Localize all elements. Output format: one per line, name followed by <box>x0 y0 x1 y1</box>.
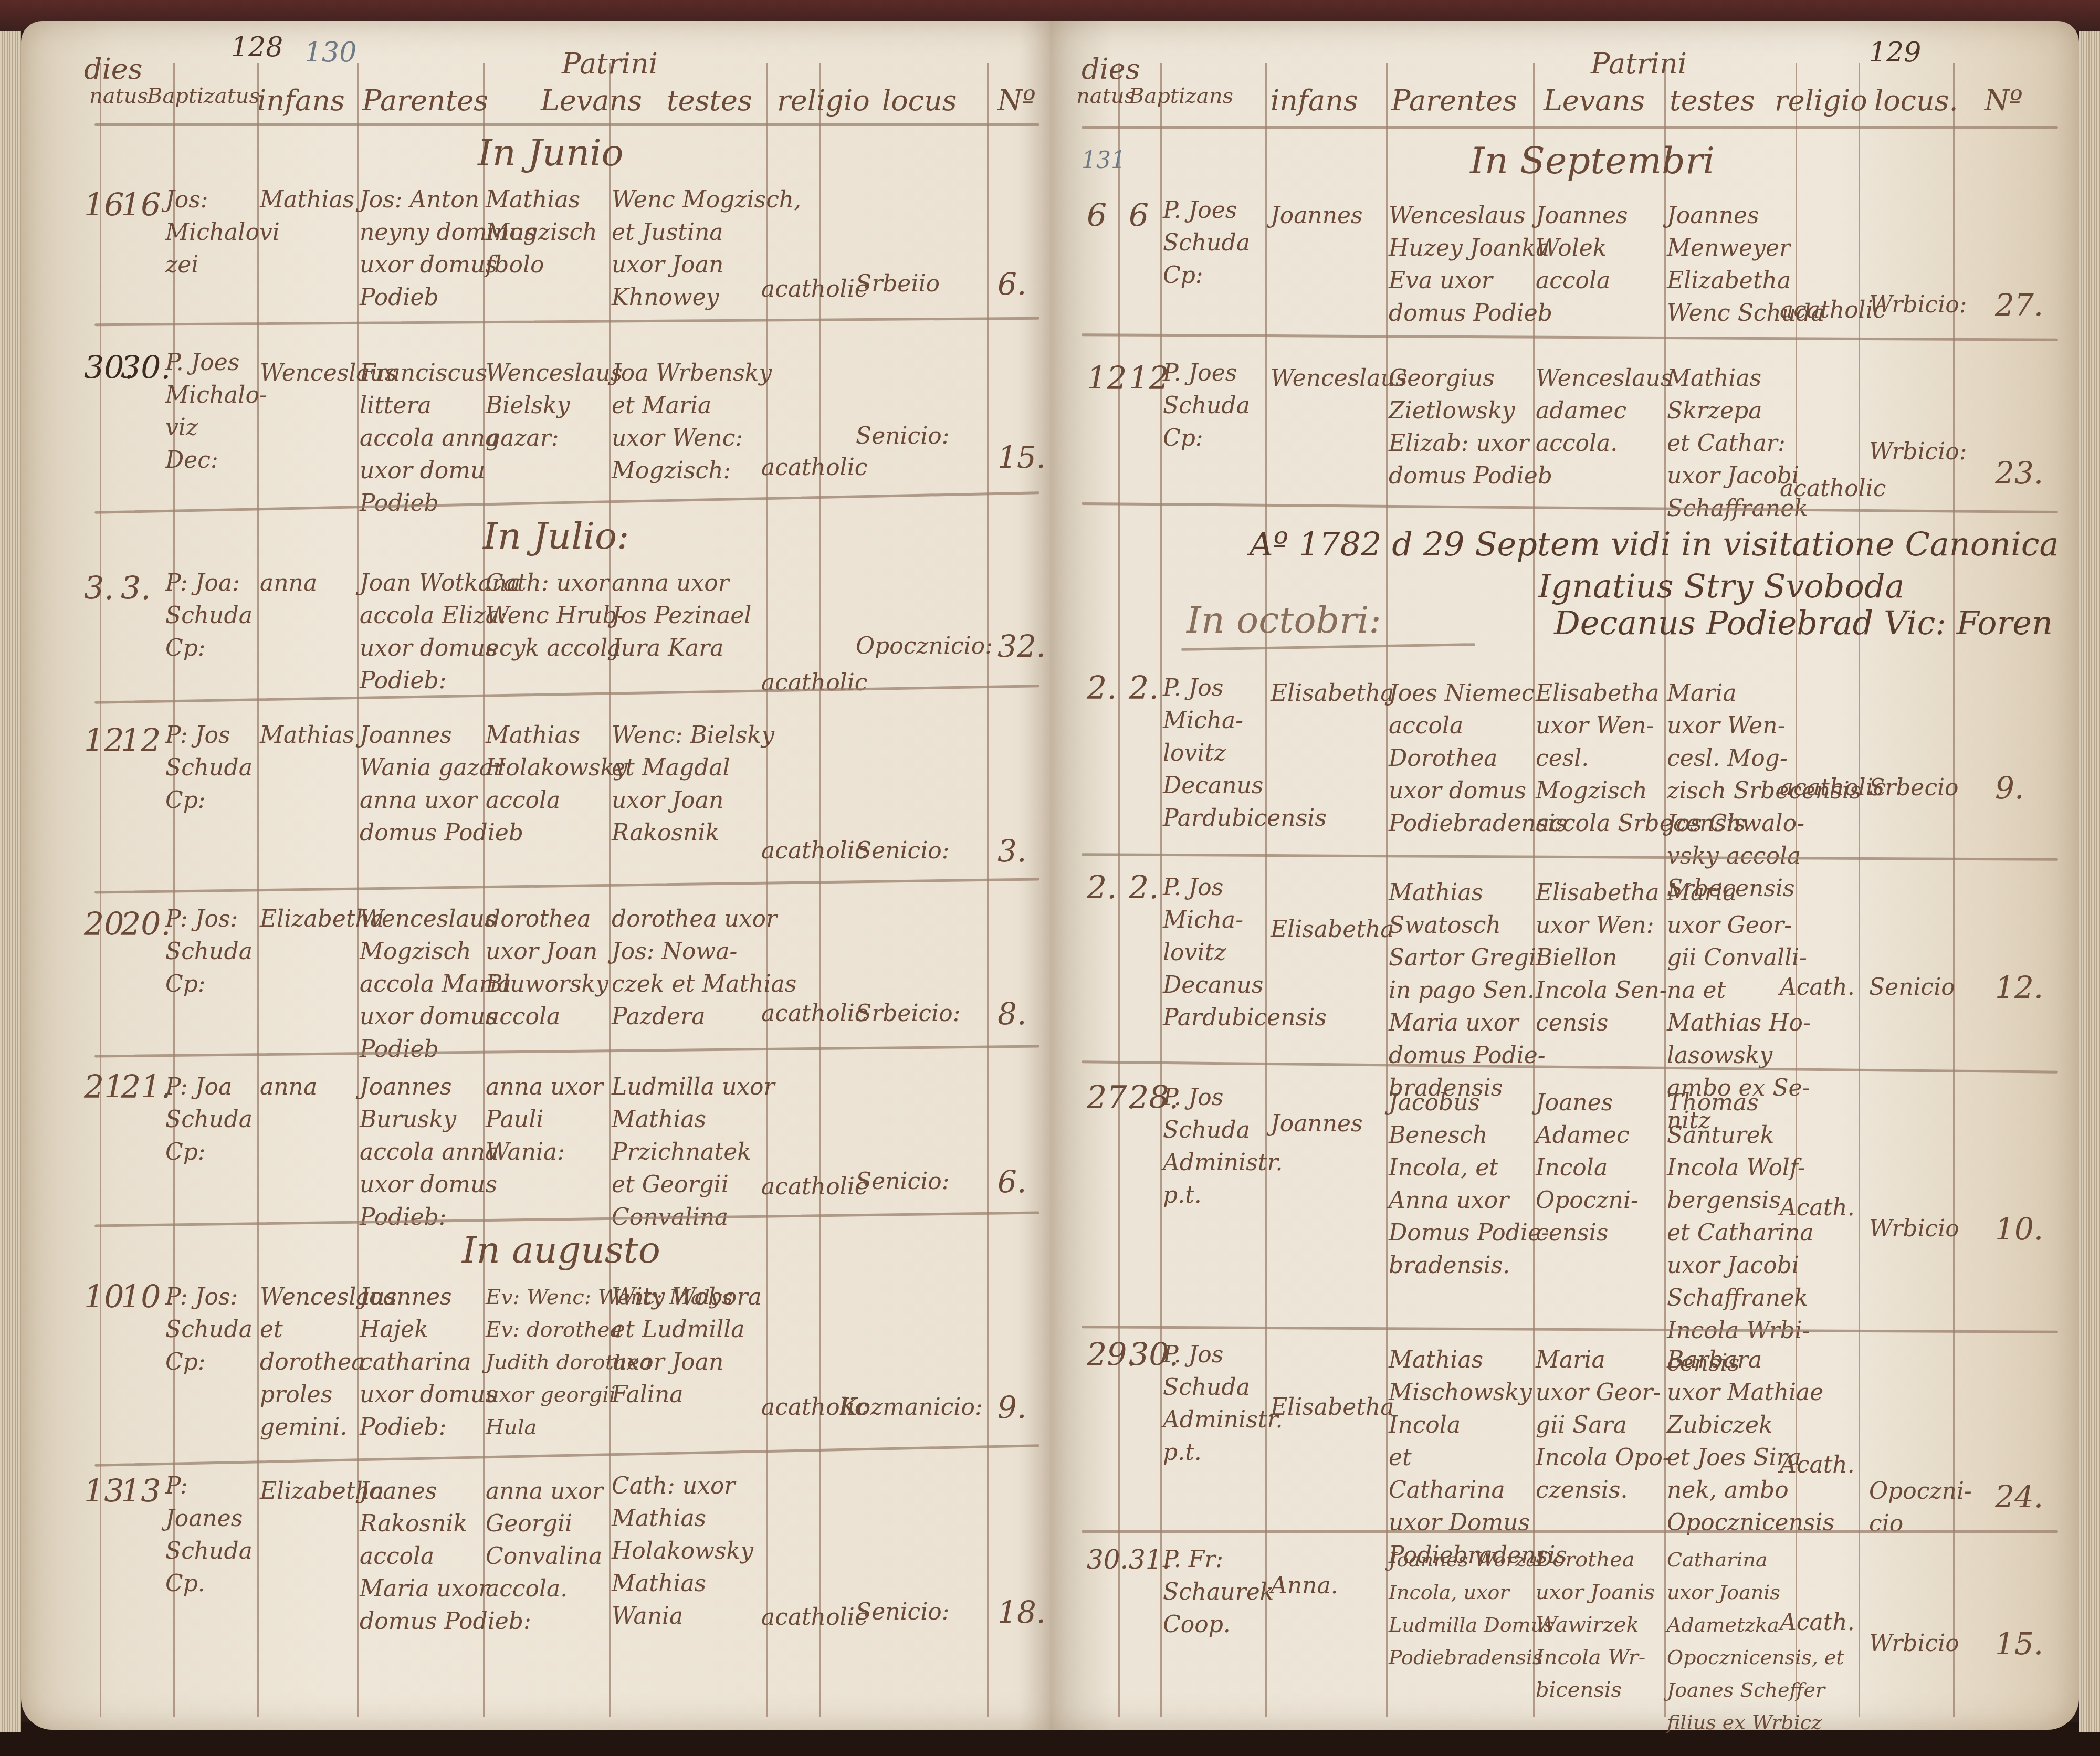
page-number: 129 <box>1869 37 1921 68</box>
entry-religio: Acath. <box>1780 1606 1855 1639</box>
stamp-number: 130 <box>304 37 356 68</box>
entry-baptizatus: 21. <box>121 1071 171 1103</box>
entry-rule <box>1081 853 2058 861</box>
header-locus: locus <box>882 84 957 117</box>
entry-testes: anna uxor Jos Pezinael Jura Kara <box>612 567 751 665</box>
header-locus: locus. <box>1874 84 1958 117</box>
entry-religio: acatholic <box>761 997 867 1030</box>
entry-religio: acatholic <box>761 1601 867 1634</box>
entry-baptizans: P: Jos: Schuda Cp: <box>165 903 253 1001</box>
entry-locus: Senicio: <box>856 1596 950 1628</box>
entry-religio: Acath. <box>1780 971 1855 1004</box>
entry-infans: Joannes <box>1270 199 1363 232</box>
entry-natus: 3. <box>84 572 114 605</box>
column-divider <box>1118 63 1120 1717</box>
entry-locus: Kozmanicio: <box>840 1391 983 1424</box>
entry-parentes: Joannes Burusky accola anna uxor domus P… <box>360 1071 499 1234</box>
month-heading-june: In Junio <box>478 131 624 174</box>
header-parentes: Parentes <box>1391 84 1517 117</box>
header-levans: Levans <box>1543 84 1645 117</box>
entry-religio: acatholic <box>761 273 867 306</box>
entry-domus: 32. <box>997 630 1046 663</box>
entry-locus: Srbeiio <box>856 268 940 300</box>
entry-infans: Anna. <box>1270 1570 1338 1602</box>
header-rule <box>1081 126 2058 129</box>
header-testes: testes <box>667 84 752 117</box>
column-divider <box>1160 63 1162 1717</box>
entry-natus: 2. <box>1087 672 1117 704</box>
entry-locus: Wrbicio: <box>1869 436 1967 468</box>
entry-natus: 6 <box>1087 199 1107 232</box>
entry-baptizatus: 2. <box>1129 871 1159 904</box>
entry-infans: anna <box>260 1071 317 1103</box>
entry-infans: Elisabetha <box>1270 1391 1394 1424</box>
entry-infans: anna <box>260 567 317 600</box>
entry-religio: Acath. <box>1780 1449 1855 1481</box>
entry-locus: Senicio: <box>856 420 950 453</box>
column-divider <box>1386 63 1388 1717</box>
entry-religio: acatholic <box>761 1171 867 1203</box>
entry-levans: Maria uxor Geor- gii Sara Incola Opo- cz… <box>1536 1344 1671 1507</box>
entry-rule <box>1081 1060 2058 1073</box>
entry-baptizatus: 10 <box>121 1281 161 1313</box>
entry-levans: Wenceslaus adamec accola. <box>1536 362 1673 460</box>
entry-parentes: Joannes Worzal Incola, uxor Ludmilla Dom… <box>1389 1543 1554 1674</box>
month-heading-october: In octobri: <box>1186 598 1381 642</box>
entry-rule <box>94 317 1039 327</box>
entry-infans: Elisabetha <box>1270 913 1394 946</box>
entry-natus: 12 <box>84 724 124 757</box>
entry-natus: 12 <box>1087 362 1127 395</box>
entry-rule <box>94 491 1039 514</box>
entry-domus: 15. <box>1995 1627 2043 1660</box>
page-stack-edge-left <box>0 31 21 1732</box>
entry-baptizans: P: Jos: Schuda Cp: <box>165 1281 253 1379</box>
column-divider <box>987 63 989 1717</box>
entry-parentes: Franciscus littera accola anna uxor domu… <box>360 357 499 520</box>
entry-parentes: Joannes Hajek catharina uxor domus Podie… <box>360 1281 497 1444</box>
entry-baptizatus: 30. <box>121 352 171 384</box>
entry-baptizans: P. Jos Schuda Administr. p.t. <box>1163 1081 1283 1212</box>
entry-infans: Mathias <box>260 184 354 216</box>
entry-natus: 30. <box>1087 1543 1129 1576</box>
entry-testes: Wity Wobora et Ludmilla uxor Joan Falina <box>612 1281 762 1411</box>
month-underline <box>1181 643 1475 651</box>
entry-levans: dorothea uxor Joan Bluworsky accola <box>486 903 608 1033</box>
entry-testes: Barbara uxor Mathiae Zubiczek et Joes Si… <box>1667 1344 1834 1539</box>
entry-infans: Wenceslaus <box>1270 362 1408 395</box>
visitation-note-line1: Aº 1782 d 29 Septem vidi in visitatione … <box>1249 525 2059 563</box>
entry-infans: Joannes <box>1270 1108 1363 1140</box>
entry-levans: Elisabetha uxor Wen: Biellon Incola Sen-… <box>1536 877 1667 1039</box>
entry-testes: Cath: uxor Mathias Holakowsky Mathias Wa… <box>612 1470 753 1633</box>
entry-levans: Joanes Adamec Incola Opoczni- censis <box>1536 1087 1639 1249</box>
entry-religio: acatholic <box>761 835 867 867</box>
entry-natus: 16 <box>84 189 124 222</box>
entry-levans: Joannes Wolek accola <box>1536 199 1628 297</box>
entry-parentes: Mathias Swatosch Sartor Gregii in pago S… <box>1389 877 1546 1105</box>
entry-parentes: Jacobus Benesch Incola, et Anna uxor Dom… <box>1389 1087 1549 1282</box>
entry-domus: 6. <box>997 268 1026 300</box>
header-natus: natus <box>89 84 148 108</box>
entry-baptizans: P: Jos Schuda Cp: <box>165 719 253 817</box>
entry-locus: Wrbicio: <box>1869 289 1967 321</box>
entry-rule <box>94 1444 1039 1467</box>
header-religio: religio <box>777 84 870 117</box>
header-dies: dies <box>1081 52 1140 86</box>
entry-locus: Senicio: <box>856 835 950 867</box>
entry-testes: Joa Wrbensky et Maria uxor Wenc: Mogzisc… <box>612 357 772 487</box>
entry-baptizans: P: Joa: Schuda Cp: <box>165 567 253 665</box>
register-page-right: 129 131 dies natus Baptizans infans Pare… <box>1050 21 2079 1730</box>
entry-baptizatus: 12 <box>121 724 161 757</box>
entry-natus: 2. <box>1087 871 1117 904</box>
entry-domus: 3. <box>997 835 1026 867</box>
entry-baptizans: P: Joanes Schuda Cp. <box>165 1470 253 1600</box>
register-page-left: 128 130 dies natus Baptizatus infans Par… <box>21 21 1050 1730</box>
entry-levans: Cath: uxor Wenc Hrub- ecyk accola <box>486 567 625 665</box>
entry-domus: 27. <box>1995 289 2043 321</box>
column-divider <box>819 63 821 1717</box>
entry-domus: 23. <box>1995 457 2043 489</box>
entry-domus: 18. <box>997 1596 1046 1628</box>
entry-locus: Opocznicio: <box>856 630 993 663</box>
entry-baptizatus: 20. <box>121 908 171 941</box>
header-domus: Nº <box>997 84 1036 117</box>
entry-rule <box>1081 1530 2058 1533</box>
entry-religio: Acath. <box>1780 1192 1855 1224</box>
entry-levans: Wenceslaus Bielsky gazar: <box>486 357 623 455</box>
entry-locus: Wrbicio <box>1869 1213 1959 1245</box>
header-testes: testes <box>1669 84 1755 117</box>
header-infans: infans <box>1270 84 1358 117</box>
entry-rule <box>1081 502 2058 513</box>
entry-locus: Wrbicio <box>1869 1627 1959 1660</box>
entry-testes: Thomas Santurek Incola Wolf- bergensis e… <box>1667 1087 1814 1380</box>
header-parentes: Parentes <box>362 84 488 117</box>
header-domus: Nº <box>1984 84 2023 117</box>
header-dies: dies <box>84 52 143 86</box>
header-infans: infans <box>257 84 345 117</box>
entry-baptizatus: 3. <box>121 572 151 605</box>
page-stack-edge-right <box>2079 31 2100 1732</box>
entry-baptizans: P. Jos Schuda Administr. p.t. <box>1163 1339 1283 1469</box>
entry-rule <box>94 685 1039 703</box>
entry-parentes: Georgius Zietlowsky Elizab: uxor domus P… <box>1389 362 1552 492</box>
month-heading-august: In augusto <box>462 1228 660 1271</box>
entry-levans: Mathias Holakowsky accola <box>486 719 627 817</box>
entry-domus: 15. <box>997 441 1046 474</box>
entry-domus: 6. <box>997 1165 1026 1198</box>
entry-domus: 12. <box>1995 971 2043 1004</box>
entry-baptizans: P. Joes Schuda Cp: <box>1163 357 1250 455</box>
entry-levans: Mathias Mogzisch fbolo <box>486 184 597 281</box>
entry-levans: anna uxor Georgii Convalina accola. <box>486 1475 603 1605</box>
entry-rule <box>94 1045 1039 1058</box>
entry-baptizans: P. Joes Michalo- viz Dec: <box>165 346 267 477</box>
entry-testes: Catharina uxor Joanis Adametzka Opocznic… <box>1667 1543 1844 1739</box>
entry-baptizans: P. Fr: Schaurek Coop. <box>1163 1543 1274 1641</box>
entry-locus: Senicio <box>1869 971 1955 1004</box>
header-rule <box>94 123 1039 126</box>
header-baptizatus: Baptizatus <box>147 84 260 108</box>
entry-baptizatus: 13 <box>121 1475 161 1508</box>
entry-religio: acatholic <box>761 667 867 699</box>
entry-locus: Senicio: <box>856 1165 950 1198</box>
entry-domus: 9. <box>997 1391 1026 1424</box>
header-patrini: Patrini <box>562 47 658 80</box>
entry-baptizatus: 6 <box>1129 199 1149 232</box>
entry-domus: 9. <box>1995 772 2024 804</box>
entry-religio: acatholic <box>1780 472 1886 505</box>
entry-testes: Ludmilla uxor Mathias Przichnatek et Geo… <box>612 1071 775 1234</box>
entry-rule <box>1081 1326 2058 1333</box>
entry-infans: Mathias <box>260 719 354 752</box>
entry-levans: Dorothea uxor Joanis Wawirzek Incola Wr-… <box>1536 1543 1655 1706</box>
entry-rule <box>94 1211 1039 1227</box>
entry-natus: 20 <box>84 908 124 941</box>
header-baptizatus: Baptizans <box>1129 84 1233 108</box>
entry-natus: 10 <box>84 1281 124 1313</box>
entry-natus: 13 <box>84 1475 124 1508</box>
month-heading-september: In Septembri <box>1470 139 1715 182</box>
header-patrini: Patrini <box>1591 47 1687 80</box>
entry-locus: Srbeicio: <box>856 997 960 1030</box>
stamp-number: 131 <box>1081 147 1126 174</box>
entry-baptizatus: 16 <box>121 189 161 222</box>
entry-domus: 8. <box>997 997 1026 1030</box>
entry-domus: 24. <box>1995 1480 2043 1513</box>
month-heading-july: In Julio: <box>483 514 629 558</box>
page-number: 128 <box>231 31 283 63</box>
entry-rule <box>94 878 1039 893</box>
entry-religio: acatholic <box>761 451 867 484</box>
entry-domus: 10. <box>1995 1213 2043 1245</box>
header-natus: natus <box>1076 84 1135 108</box>
entry-testes: Wenc: Bielsky et Magdal uxor Joan Rakosn… <box>612 719 774 849</box>
entry-parentes: Wenceslaus Huzey Joanka Eva uxor domus P… <box>1389 199 1552 330</box>
header-levans: Levans <box>541 84 642 117</box>
entry-baptizans: P. Jos Micha- lovitz Decanus Pardubicens… <box>1163 871 1327 1034</box>
entry-infans: Elisabetha <box>1270 677 1394 710</box>
header-religio: religio <box>1774 84 1867 117</box>
entry-locus: Srbecio <box>1869 772 1959 804</box>
visitation-note-line3: Decanus Podiebrad Vic: Foren <box>1554 604 2053 642</box>
column-divider <box>100 63 101 1717</box>
entry-baptizans: P: Joa Schuda Cp: <box>165 1071 253 1169</box>
entry-baptizans: P. Joes Schuda Cp: <box>1163 194 1250 292</box>
entry-levans: anna uxor Pauli Wania: <box>486 1071 603 1169</box>
entry-baptizatus: 2. <box>1129 672 1159 704</box>
entry-rule <box>1081 333 2058 341</box>
visitation-note-line2: Ignatius Stry Svoboda <box>1538 567 1905 605</box>
entry-natus: 21 <box>84 1071 124 1103</box>
column-divider <box>609 63 611 1717</box>
